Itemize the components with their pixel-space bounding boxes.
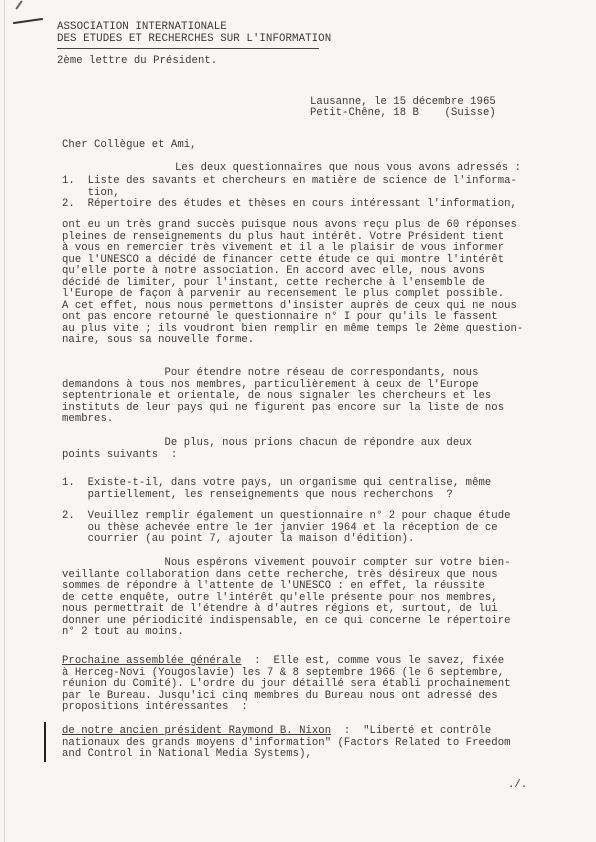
list-item: 2. Répertoire des études et thèses en co…	[62, 199, 517, 211]
letter-subtitle: 2ème lettre du Président.	[57, 56, 217, 68]
question-item: 2. Veuillez remplir également un questio…	[62, 511, 511, 546]
paragraph-1-body: ont eu un très grand succès puisque nous…	[62, 220, 523, 347]
proposal-section: de notre ancien président Raymond B. Nix…	[62, 726, 511, 761]
assembly-heading: Prochaine assemblée générale	[62, 655, 241, 667]
page-edge	[4, 0, 5, 842]
continuation-mark: ./.	[508, 780, 527, 792]
organization-header: ASSOCIATION INTERNATIONALE DES ETUDES ET…	[57, 21, 331, 45]
margin-mark	[44, 722, 46, 762]
pen-mark	[13, 18, 43, 24]
pen-mark	[15, 0, 22, 9]
paragraph-1-intro: Les deux questionnaires que nous vous av…	[175, 163, 521, 175]
proposal-body: nationaux des grands moyens d'informatio…	[62, 737, 511, 761]
assembly-body: à Herceg-Novi (Yougoslavie) les 7 & 8 se…	[62, 667, 511, 714]
paragraph-3: De plus, nous prions chacun de répondre …	[62, 438, 472, 461]
dateline-address: Petit-Chêne, 18 B (Suisse)	[310, 108, 496, 120]
question-item: 1. Existe-t-il, dans votre pays, un orga…	[62, 478, 491, 501]
header-rule	[57, 48, 319, 49]
list-item: 1. Liste des savants et chercheurs en ma…	[62, 176, 517, 199]
paragraph-4: Nous espérons vivement pouvoir compter s…	[62, 558, 511, 639]
proposal-heading: de notre ancien président Raymond B. Nix…	[62, 725, 331, 737]
org-line-2: DES ETUDES ET RECHERCHES SUR L'INFORMATI…	[57, 33, 331, 45]
greeting: Cher Collègue et Ami,	[62, 140, 197, 152]
paragraph-2: Pour étendre notre réseau de corresponda…	[62, 368, 504, 426]
assembly-section: Prochaine assemblée générale : Elle est,…	[62, 656, 511, 714]
assembly-first-line: : Elle est, comme vous le savez, fixée	[241, 655, 504, 667]
org-line-1: ASSOCIATION INTERNATIONALE	[57, 21, 227, 33]
letter-page: ASSOCIATION INTERNATIONALE DES ETUDES ET…	[0, 0, 596, 842]
proposal-first-line: : "Liberté et contrôle	[331, 725, 491, 737]
